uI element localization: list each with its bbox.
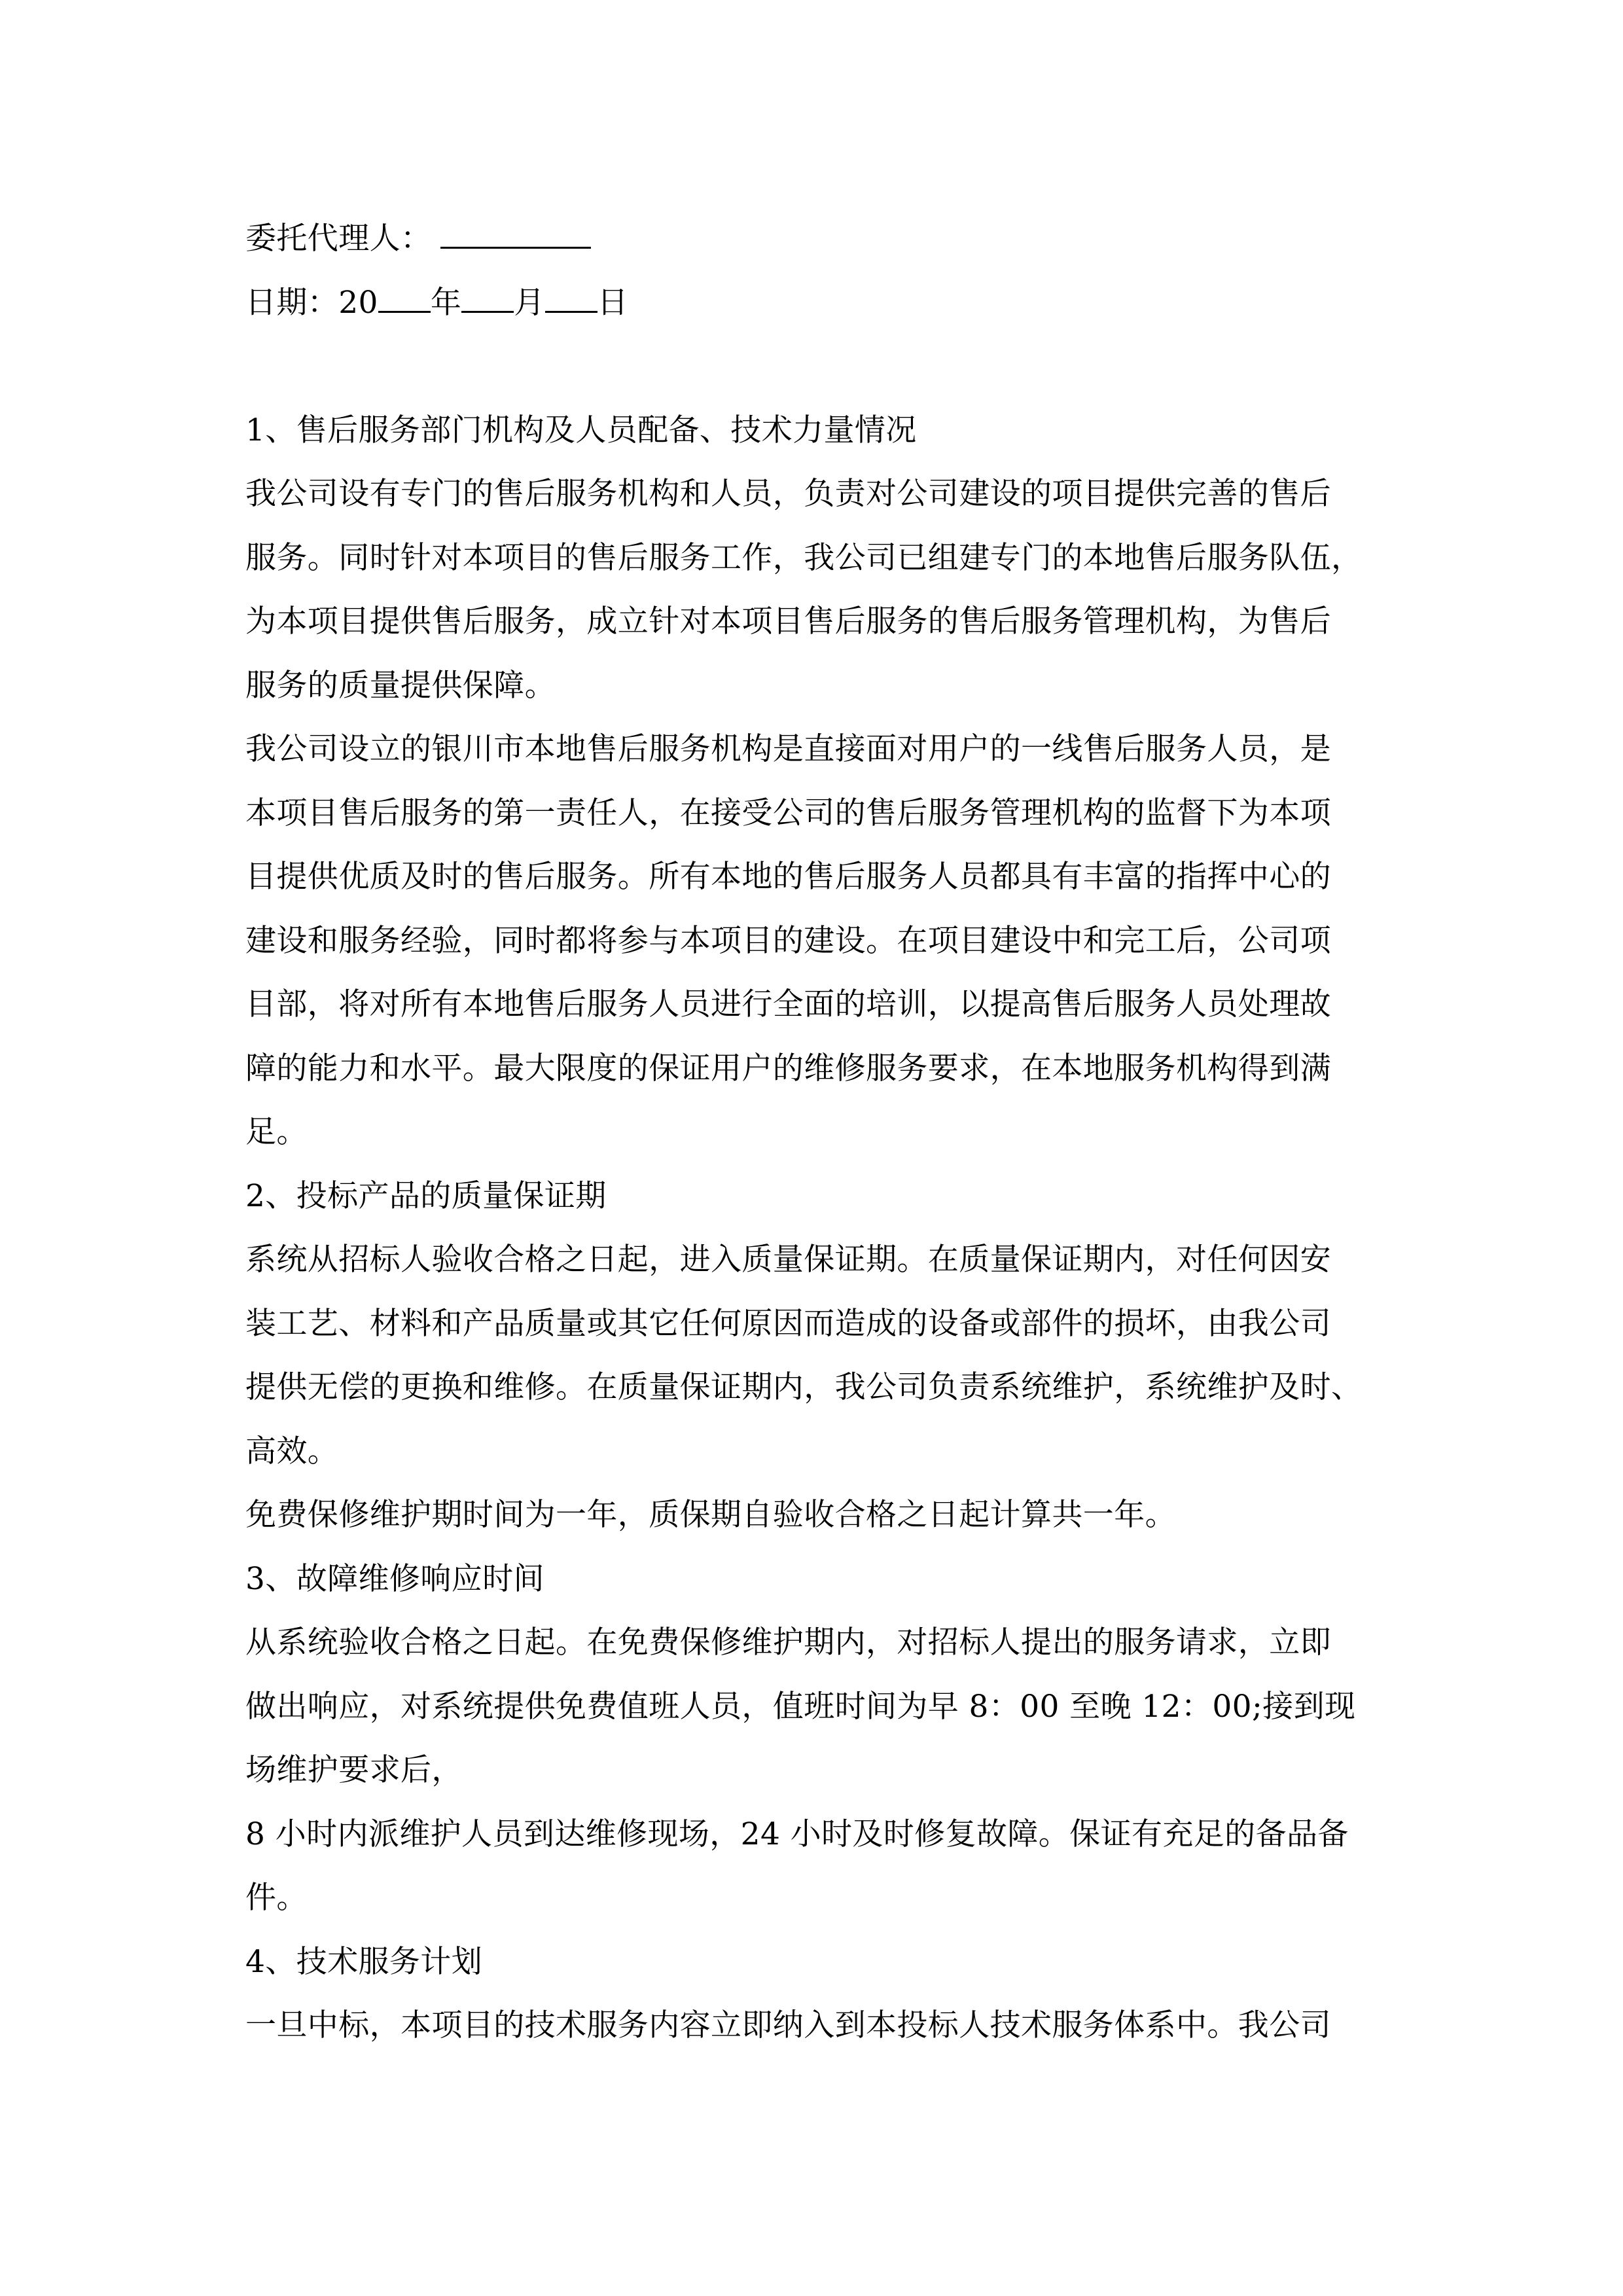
paragraph-line: 件。 [245, 1866, 1384, 1930]
paragraph-line: 一旦中标，本项目的技术服务内容立即纳入到本投标人技术服务体系中。我公司 [245, 1994, 1384, 2058]
paragraph-line: 障的能力和水平。最大限度的保证用户的维修服务要求，在本地服务机构得到满 [245, 1037, 1384, 1101]
year-blank [378, 285, 431, 313]
section-heading: 4、技术服务计划 [245, 1930, 1384, 1994]
paragraph-line: 8 小时内派维护人员到达维修现场，24 小时及时修复故障。保证有充足的备品备 [245, 1803, 1384, 1867]
date-year-prefix: 20 [338, 285, 378, 321]
paragraph-line: 我公司设有专门的售后服务机构和人员，负责对公司建设的项目提供完善的售后 [245, 462, 1384, 526]
day-suffix: 日 [597, 285, 628, 321]
paragraph-line: 从系统验收合格之日起。在免费保修维护期内，对招标人提出的服务请求，立即 [245, 1611, 1384, 1675]
section-heading: 3、故障维修响应时间 [245, 1547, 1384, 1611]
month-suffix: 月 [514, 285, 544, 321]
paragraph-line: 目提供优质及时的售后服务。所有本地的售后服务人员都具有丰富的指挥中心的 [245, 845, 1384, 909]
agent-label: 委托代理人： [245, 221, 431, 257]
paragraph-line: 系统从招标人验收合格之日起，进入质量保证期。在质量保证期内，对任何因安 [245, 1228, 1384, 1292]
paragraph-line: 为本项目提供售后服务，成立针对本项目售后服务的售后服务管理机构，为售后 [245, 590, 1384, 654]
document-body: 委托代理人： 日期：20年月日 1、售后服务部门机构及人员配备、技术力量情况 我… [245, 207, 1384, 2058]
paragraph-line: 场维护要求后， [245, 1738, 1384, 1803]
year-suffix: 年 [431, 285, 461, 321]
paragraph-line: 足。 [245, 1100, 1384, 1164]
paragraph-line: 服务。同时针对本项目的售后服务工作，我公司已组建专门的本地售后服务队伍， [245, 526, 1384, 590]
paragraph-line: 本项目售后服务的第一责任人，在接受公司的售后服务管理机构的监督下为本项 [245, 781, 1384, 846]
spacer [245, 334, 1384, 399]
paragraph-line: 装工艺、材料和产品质量或其它任何原因而造成的设备或部件的损坏，由我公司 [245, 1292, 1384, 1356]
paragraph-line: 服务的质量提供保障。 [245, 654, 1384, 718]
date-label: 日期： [245, 285, 338, 321]
agent-signature-line: 委托代理人： [245, 207, 1384, 271]
section-heading: 2、投标产品的质量保证期 [245, 1164, 1384, 1229]
month-blank [461, 285, 514, 313]
agent-blank [440, 221, 591, 249]
paragraph-line: 目部，将对所有本地售后服务人员进行全面的培训，以提高售后服务人员处理故 [245, 973, 1384, 1037]
paragraph-line: 我公司设立的银川市本地售后服务机构是直接面对用户的一线售后服务人员，是 [245, 717, 1384, 781]
paragraph-line: 免费保修维护期时间为一年，质保期自验收合格之日起计算共一年。 [245, 1483, 1384, 1547]
day-blank [545, 285, 597, 313]
document-page: 委托代理人： 日期：20年月日 1、售后服务部门机构及人员配备、技术力量情况 我… [0, 0, 1623, 2296]
date-line: 日期：20年月日 [245, 271, 1384, 335]
paragraph-line: 建设和服务经验，同时都将参与本项目的建设。在项目建设中和完工后，公司项 [245, 909, 1384, 973]
paragraph-line: 提供无偿的更换和维修。在质量保证期内，我公司负责系统维护，系统维护及时、 [245, 1355, 1384, 1420]
section-heading: 1、售后服务部门机构及人员配备、技术力量情况 [245, 399, 1384, 463]
paragraph-line: 做出响应，对系统提供免费值班人员，值班时间为早 8：00 至晚 12：00;接到… [245, 1675, 1384, 1739]
paragraph-line: 高效。 [245, 1420, 1384, 1484]
